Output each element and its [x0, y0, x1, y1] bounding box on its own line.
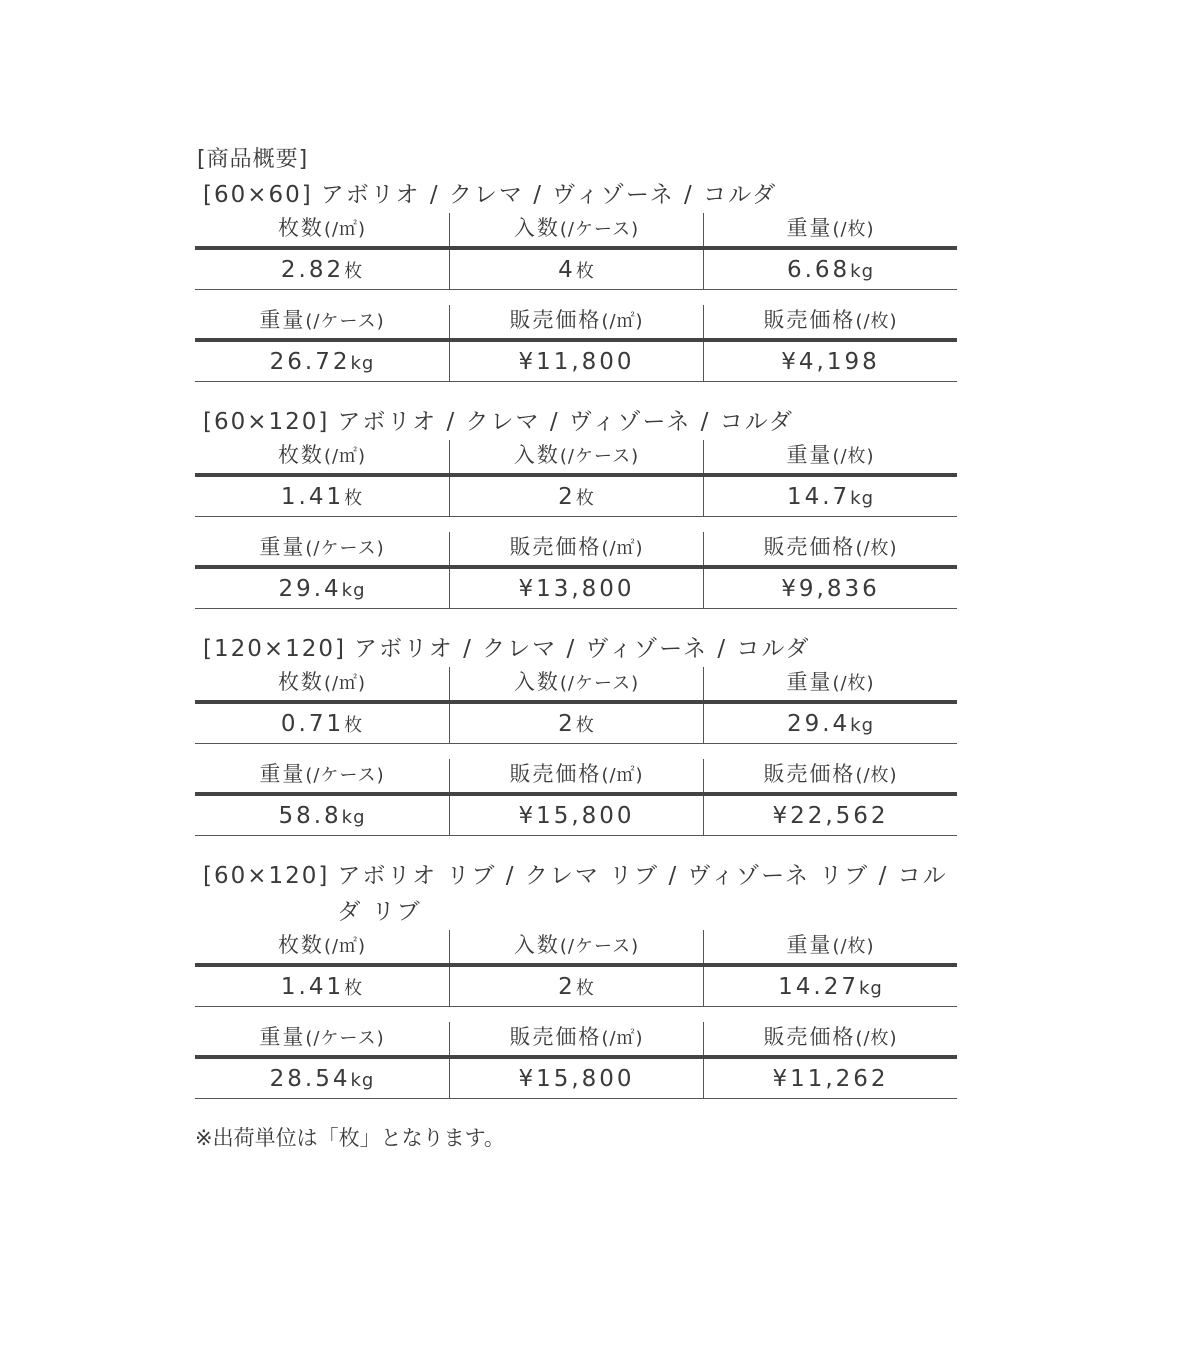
cell-text: 14.7	[787, 484, 850, 510]
cell-text: 2	[558, 711, 576, 737]
header-weight-per-piece: 重量(/枚)	[703, 213, 957, 246]
value-price-per-sqm: ¥13,800	[449, 569, 703, 608]
cell-text: 枚数	[278, 933, 324, 957]
value-price-per-piece: ¥11,262	[703, 1059, 957, 1098]
table-header-row: 枚数(/㎡) 入数(/ケース) 重量(/枚)	[195, 667, 957, 704]
product-section: [120×120] アボリオ / クレマ / ヴィゾーネ / コルダ 枚数(/㎡…	[195, 631, 957, 836]
value-per-case: 2枚	[449, 967, 703, 1006]
value-per-case: 2枚	[449, 477, 703, 516]
cell-text: ¥4,198	[781, 349, 879, 375]
table-row: 2.82枚 4枚 6.68kg	[195, 250, 957, 290]
cell-text: 枚	[344, 261, 363, 282]
value-per-case: 2枚	[449, 704, 703, 743]
cell-text: (/ケース)	[560, 936, 639, 957]
header-per-case: 入数(/ケース)	[449, 930, 703, 963]
cell-text: 販売価格	[763, 762, 855, 786]
product-names: アボリオ / クレマ / ヴィゾーネ / コルダ	[313, 177, 777, 213]
cell-text: 入数	[514, 933, 560, 957]
cell-text: 販売価格	[509, 535, 601, 559]
cell-text: 1.41	[281, 974, 344, 1000]
value-count-per-sqm: 2.82枚	[195, 250, 449, 289]
table-header-row: 重量(/ケース) 販売価格(/㎡) 販売価格(/枚)	[195, 759, 957, 796]
product-names: アボリオ / クレマ / ヴィゾーネ / コルダ	[329, 404, 793, 440]
cell-text: 枚	[344, 978, 363, 999]
size-label: [60×120]	[203, 858, 329, 930]
table-row: 28.54kg ¥15,800 ¥11,262	[195, 1059, 957, 1099]
cell-text: 重量	[786, 670, 832, 694]
cell-text: kg	[859, 978, 883, 999]
value-price-per-sqm: ¥15,800	[449, 796, 703, 835]
cell-text: ¥15,800	[518, 803, 634, 829]
cell-text: (/ケース)	[305, 311, 384, 332]
value-count-per-sqm: 0.71枚	[195, 704, 449, 743]
product-section: [60×120] アボリオ / クレマ / ヴィゾーネ / コルダ 枚数(/㎡)…	[195, 404, 957, 609]
header-price-per-sqm: 販売価格(/㎡)	[449, 759, 703, 792]
table-header-row: 枚数(/㎡) 入数(/ケース) 重量(/枚)	[195, 930, 957, 967]
cell-text: 入数	[514, 216, 560, 240]
header-per-case: 入数(/ケース)	[449, 213, 703, 246]
cell-text: 2	[558, 484, 576, 510]
header-weight-per-piece: 重量(/枚)	[703, 440, 957, 473]
cell-text: (/枚)	[832, 673, 874, 694]
cell-text: 26.72	[270, 349, 351, 375]
table-header-row: 枚数(/㎡) 入数(/ケース) 重量(/枚)	[195, 440, 957, 477]
value-weight-per-piece: 29.4kg	[703, 704, 957, 743]
cell-text: (/㎡)	[324, 219, 366, 240]
cell-text: (/㎡)	[601, 1028, 643, 1049]
cell-text: ¥11,800	[518, 349, 634, 375]
value-price-per-piece: ¥4,198	[703, 342, 957, 381]
cell-text: 販売価格	[763, 1025, 855, 1049]
value-weight-per-case: 28.54kg	[195, 1059, 449, 1098]
cell-text: 重量	[786, 216, 832, 240]
cell-text: 4	[558, 257, 576, 283]
product-names: アボリオ リブ / クレマ リブ / ヴィゾーネ リブ / コルダ リブ	[329, 858, 957, 930]
spec-table-top: 枚数(/㎡) 入数(/ケース) 重量(/枚) 0.71枚 2枚 29.4kg	[195, 667, 957, 744]
value-price-per-piece: ¥9,836	[703, 569, 957, 608]
cell-text: (/枚)	[832, 446, 874, 467]
cell-text: 枚数	[278, 216, 324, 240]
product-summary: [商品概要] [60×60] アボリオ / クレマ / ヴィゾーネ / コルダ …	[195, 143, 957, 1155]
value-weight-per-case: 58.8kg	[195, 796, 449, 835]
cell-text: 14.27	[778, 974, 859, 1000]
cell-text: 1.41	[281, 484, 344, 510]
product-names: アボリオ / クレマ / ヴィゾーネ / コルダ	[346, 631, 810, 667]
cell-text: (/枚)	[832, 936, 874, 957]
cell-text: 6.68	[787, 257, 850, 283]
spec-table-top: 枚数(/㎡) 入数(/ケース) 重量(/枚) 1.41枚 2枚 14.7kg	[195, 440, 957, 517]
spec-table-bottom: 重量(/ケース) 販売価格(/㎡) 販売価格(/枚) 29.4kg ¥13,80…	[195, 532, 957, 609]
cell-text: (/ケース)	[305, 1028, 384, 1049]
section-title: [60×60] アボリオ / クレマ / ヴィゾーネ / コルダ	[203, 177, 957, 213]
header-price-per-piece: 販売価格(/枚)	[703, 305, 957, 338]
cell-text: 0.71	[281, 711, 344, 737]
header-weight-per-piece: 重量(/枚)	[703, 930, 957, 963]
section-title: [60×120] アボリオ リブ / クレマ リブ / ヴィゾーネ リブ / コ…	[203, 858, 957, 930]
value-price-per-sqm: ¥11,800	[449, 342, 703, 381]
cell-text: (/ケース)	[305, 765, 384, 786]
cell-text: ¥9,836	[781, 576, 879, 602]
cell-text: 29.4	[787, 711, 850, 737]
cell-text: 枚	[576, 715, 595, 736]
cell-text: kg	[342, 807, 366, 828]
cell-text: (/枚)	[855, 765, 897, 786]
value-price-per-sqm: ¥15,800	[449, 1059, 703, 1098]
size-label: [60×60]	[203, 177, 313, 213]
cell-text: 29.4	[278, 576, 341, 602]
table-row: 1.41枚 2枚 14.27kg	[195, 967, 957, 1007]
product-section: [60×120] アボリオ リブ / クレマ リブ / ヴィゾーネ リブ / コ…	[195, 858, 957, 1099]
cell-text: 枚	[344, 715, 363, 736]
value-per-case: 4枚	[449, 250, 703, 289]
cell-text: kg	[351, 1070, 375, 1091]
header-weight-per-case: 重量(/ケース)	[195, 759, 449, 792]
value-weight-per-piece: 14.27kg	[703, 967, 957, 1006]
cell-text: 重量	[786, 443, 832, 467]
cell-text: 販売価格	[509, 762, 601, 786]
cell-text: 入数	[514, 443, 560, 467]
table-row: 26.72kg ¥11,800 ¥4,198	[195, 342, 957, 382]
table-header-row: 重量(/ケース) 販売価格(/㎡) 販売価格(/枚)	[195, 305, 957, 342]
header-price-per-sqm: 販売価格(/㎡)	[449, 305, 703, 338]
cell-text: 枚数	[278, 443, 324, 467]
cell-text: ¥13,800	[518, 576, 634, 602]
cell-text: 販売価格	[763, 535, 855, 559]
value-count-per-sqm: 1.41枚	[195, 477, 449, 516]
cell-text: 販売価格	[509, 1025, 601, 1049]
cell-text: 枚	[576, 978, 595, 999]
header-count-per-sqm: 枚数(/㎡)	[195, 213, 449, 246]
table-header-row: 重量(/ケース) 販売価格(/㎡) 販売価格(/枚)	[195, 1022, 957, 1059]
cell-text: 重量	[259, 1025, 305, 1049]
cell-text: (/㎡)	[601, 311, 643, 332]
cell-text: 重量	[259, 762, 305, 786]
cell-text: (/㎡)	[324, 673, 366, 694]
cell-text: kg	[351, 353, 375, 374]
cell-text: (/枚)	[855, 1028, 897, 1049]
header-count-per-sqm: 枚数(/㎡)	[195, 667, 449, 700]
cell-text: (/㎡)	[324, 936, 366, 957]
cell-text: kg	[342, 580, 366, 601]
cell-text: 販売価格	[763, 308, 855, 332]
cell-text: ¥15,800	[518, 1066, 634, 1092]
header-price-per-piece: 販売価格(/枚)	[703, 532, 957, 565]
cell-text: 重量	[259, 535, 305, 559]
header-count-per-sqm: 枚数(/㎡)	[195, 440, 449, 473]
spec-table-top: 枚数(/㎡) 入数(/ケース) 重量(/枚) 1.41枚 2枚 14.27kg	[195, 930, 957, 1007]
cell-text: 重量	[786, 933, 832, 957]
cell-text: (/枚)	[855, 311, 897, 332]
value-price-per-piece: ¥22,562	[703, 796, 957, 835]
cell-text: ¥11,262	[772, 1066, 888, 1092]
header-price-per-piece: 販売価格(/枚)	[703, 1022, 957, 1055]
table-row: 29.4kg ¥13,800 ¥9,836	[195, 569, 957, 609]
value-count-per-sqm: 1.41枚	[195, 967, 449, 1006]
spec-table-bottom: 重量(/ケース) 販売価格(/㎡) 販売価格(/枚) 28.54kg ¥15,8…	[195, 1022, 957, 1099]
header-price-per-piece: 販売価格(/枚)	[703, 759, 957, 792]
header-count-per-sqm: 枚数(/㎡)	[195, 930, 449, 963]
cell-text: (/枚)	[855, 538, 897, 559]
value-weight-per-piece: 14.7kg	[703, 477, 957, 516]
table-header-row: 重量(/ケース) 販売価格(/㎡) 販売価格(/枚)	[195, 532, 957, 569]
product-section: [60×60] アボリオ / クレマ / ヴィゾーネ / コルダ 枚数(/㎡) …	[195, 177, 957, 382]
cell-text: 枚	[344, 488, 363, 509]
size-label: [120×120]	[203, 631, 346, 667]
cell-text: kg	[850, 488, 874, 509]
cell-text: 枚	[576, 488, 595, 509]
cell-text: 58.8	[278, 803, 341, 829]
table-row: 58.8kg ¥15,800 ¥22,562	[195, 796, 957, 836]
cell-text: (/㎡)	[601, 765, 643, 786]
section-title: [60×120] アボリオ / クレマ / ヴィゾーネ / コルダ	[203, 404, 957, 440]
header-price-per-sqm: 販売価格(/㎡)	[449, 532, 703, 565]
cell-text: (/ケース)	[560, 219, 639, 240]
spec-table-top: 枚数(/㎡) 入数(/ケース) 重量(/枚) 2.82枚 4枚 6.68kg	[195, 213, 957, 290]
cell-text: 2	[558, 974, 576, 1000]
cell-text: 2.82	[281, 257, 344, 283]
cell-text: 販売価格	[509, 308, 601, 332]
header-weight-per-case: 重量(/ケース)	[195, 1022, 449, 1055]
shipping-note: ※出荷単位は「枚」となります。	[195, 1121, 957, 1155]
cell-text: ¥22,562	[772, 803, 888, 829]
cell-text: kg	[850, 715, 874, 736]
cell-text: 28.54	[270, 1066, 351, 1092]
header-weight-per-case: 重量(/ケース)	[195, 532, 449, 565]
cell-text: 枚数	[278, 670, 324, 694]
spec-table-bottom: 重量(/ケース) 販売価格(/㎡) 販売価格(/枚) 58.8kg ¥15,80…	[195, 759, 957, 836]
table-row: 0.71枚 2枚 29.4kg	[195, 704, 957, 744]
size-label: [60×120]	[203, 404, 329, 440]
cell-text: 入数	[514, 670, 560, 694]
table-header-row: 枚数(/㎡) 入数(/ケース) 重量(/枚)	[195, 213, 957, 250]
cell-text: (/㎡)	[601, 538, 643, 559]
value-weight-per-piece: 6.68kg	[703, 250, 957, 289]
header-weight-per-case: 重量(/ケース)	[195, 305, 449, 338]
cell-text: (/ケース)	[560, 673, 639, 694]
cell-text: (/ケース)	[305, 538, 384, 559]
header-per-case: 入数(/ケース)	[449, 667, 703, 700]
value-weight-per-case: 29.4kg	[195, 569, 449, 608]
cell-text: (/枚)	[832, 219, 874, 240]
value-weight-per-case: 26.72kg	[195, 342, 449, 381]
cell-text: 枚	[576, 261, 595, 282]
cell-text: kg	[850, 261, 874, 282]
header-per-case: 入数(/ケース)	[449, 440, 703, 473]
page-title: [商品概要]	[197, 143, 957, 177]
spec-table-bottom: 重量(/ケース) 販売価格(/㎡) 販売価格(/枚) 26.72kg ¥11,8…	[195, 305, 957, 382]
cell-text: (/ケース)	[560, 446, 639, 467]
header-weight-per-piece: 重量(/枚)	[703, 667, 957, 700]
header-price-per-sqm: 販売価格(/㎡)	[449, 1022, 703, 1055]
section-title: [120×120] アボリオ / クレマ / ヴィゾーネ / コルダ	[203, 631, 957, 667]
cell-text: (/㎡)	[324, 446, 366, 467]
table-row: 1.41枚 2枚 14.7kg	[195, 477, 957, 517]
cell-text: 重量	[259, 308, 305, 332]
